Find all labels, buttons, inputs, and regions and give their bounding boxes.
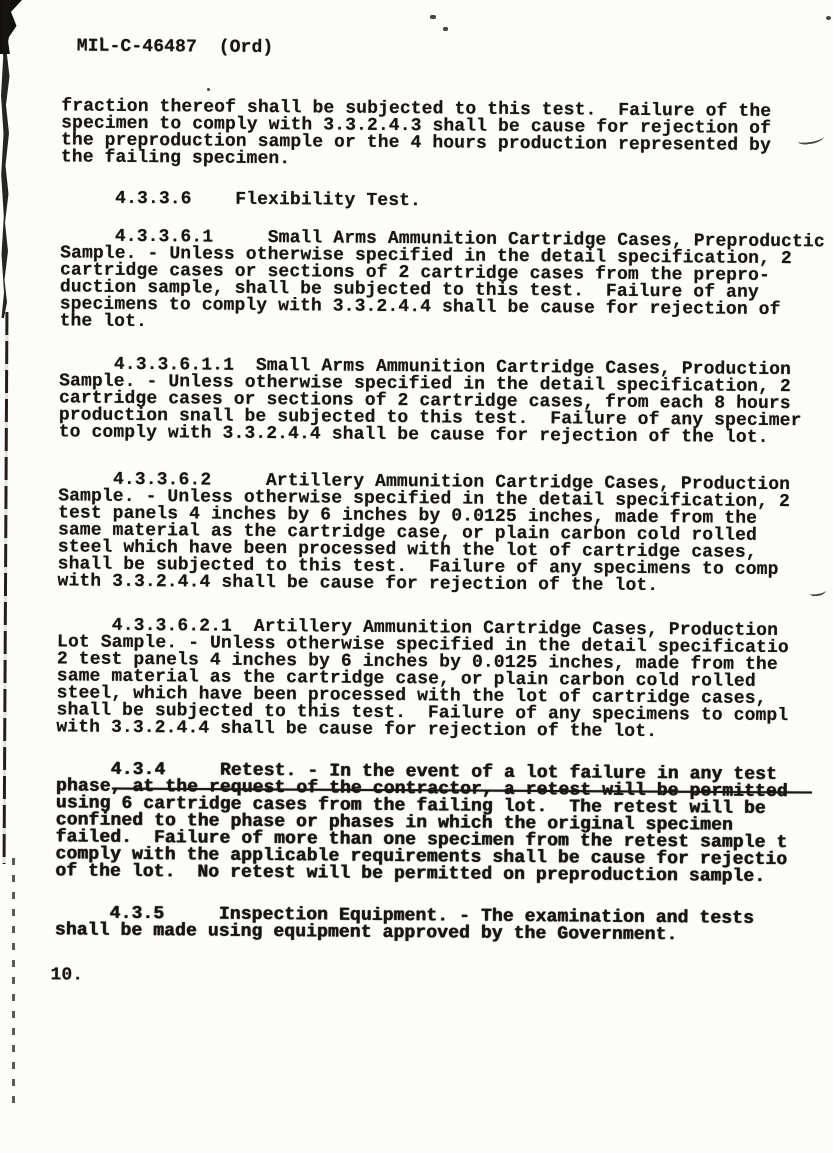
paragraph-retest: 4.3.4 Retest. - In the event of a lot fa…: [55, 761, 833, 886]
paragraph-artillery-production-lot: 4.3.3.6.2.1 Artillery Ammunition Cartrid…: [56, 617, 833, 742]
section-heading-flexibility-test: 4.3.3.6 Flexibility Test.: [61, 190, 833, 213]
document-number-header: MIL-C-46487 (Ord): [77, 38, 274, 57]
paragraph-continuation: fraction thereof shall be subjected to t…: [61, 98, 833, 172]
paragraph-small-arms-preproduction: 4.3.3.6.1 Small Arms Ammunition Cartridg…: [60, 228, 833, 336]
page-number: 10.: [50, 967, 83, 984]
page-content: MIL-C-46487 (Ord) fraction thereof shall…: [0, 0, 833, 1153]
paragraph-artillery-production: 4.3.3.6.2 Artillery Ammunition Cartridge…: [57, 471, 833, 596]
paragraph-inspection-equipment: 4.3.5 Inspection Equipment. - The examin…: [55, 905, 833, 945]
paragraph-small-arms-production: 4.3.3.6.1.1 Small Arms Ammunition Cartri…: [59, 356, 833, 447]
scanned-document-page: MIL-C-46487 (Ord) fraction thereof shall…: [0, 0, 833, 1153]
